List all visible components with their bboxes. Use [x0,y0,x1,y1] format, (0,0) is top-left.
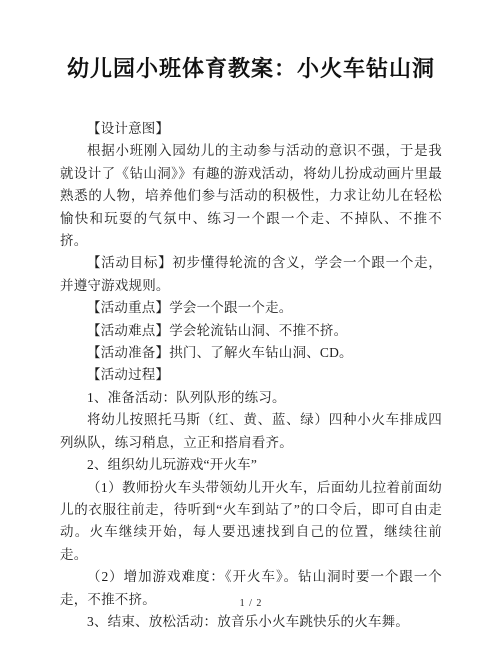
paragraph-step-1-detail: 将幼儿按照托马斯（红、黄、蓝、绿）四种小火车排成四列纵队，练习稍息，立正和搭肩看… [60,409,442,454]
paragraph-step-1: 1、准备活动：队列队形的练习。 [60,387,442,409]
paragraph-activity-focus: 【活动重点】学会一个跟一个走。 [60,297,442,319]
paragraph-step-2: 2、组织幼儿玩游戏“开火车” [60,454,442,476]
paragraph-step-2-item-1: （1）教师扮火车头带领幼儿开火车，后面幼儿拉着前面幼儿的衣服往前走，待听到“火车… [60,477,442,567]
document-page: 幼儿园小班体育教案：小火车钻山洞 【设计意图】 根据小班刚入园幼儿的主动参与活动… [0,0,502,649]
document-body: 【设计意图】 根据小班刚入园幼儿的主动参与活动的意识不强，于是我就设计了《钻山洞… [60,118,442,633]
paragraph-design-intent-heading: 【设计意图】 [60,118,442,140]
paragraph-activity-difficulty: 【活动难点】学会轮流钻山洞、不推不挤。 [60,320,442,342]
paragraph-step-3: 3、结束、放松活动：放音乐小火车跳快乐的火车舞。 [60,611,442,633]
page-number-indicator: 1 / 2 [0,598,502,609]
paragraph-activity-goal: 【活动目标】初步懂得轮流的含义，学会一个跟一个走，并遵守游戏规则。 [60,252,442,297]
paragraph-activity-preparation: 【活动准备】拱门、了解火车钻山洞、CD。 [60,342,442,364]
document-title: 幼儿园小班体育教案：小火车钻山洞 [60,0,442,86]
paragraph-design-intent-body: 根据小班刚入园幼儿的主动参与活动的意识不强，于是我就设计了《钻山洞》》有趣的游戏… [60,140,442,252]
paragraph-activity-process-heading: 【活动过程】 [60,364,442,386]
